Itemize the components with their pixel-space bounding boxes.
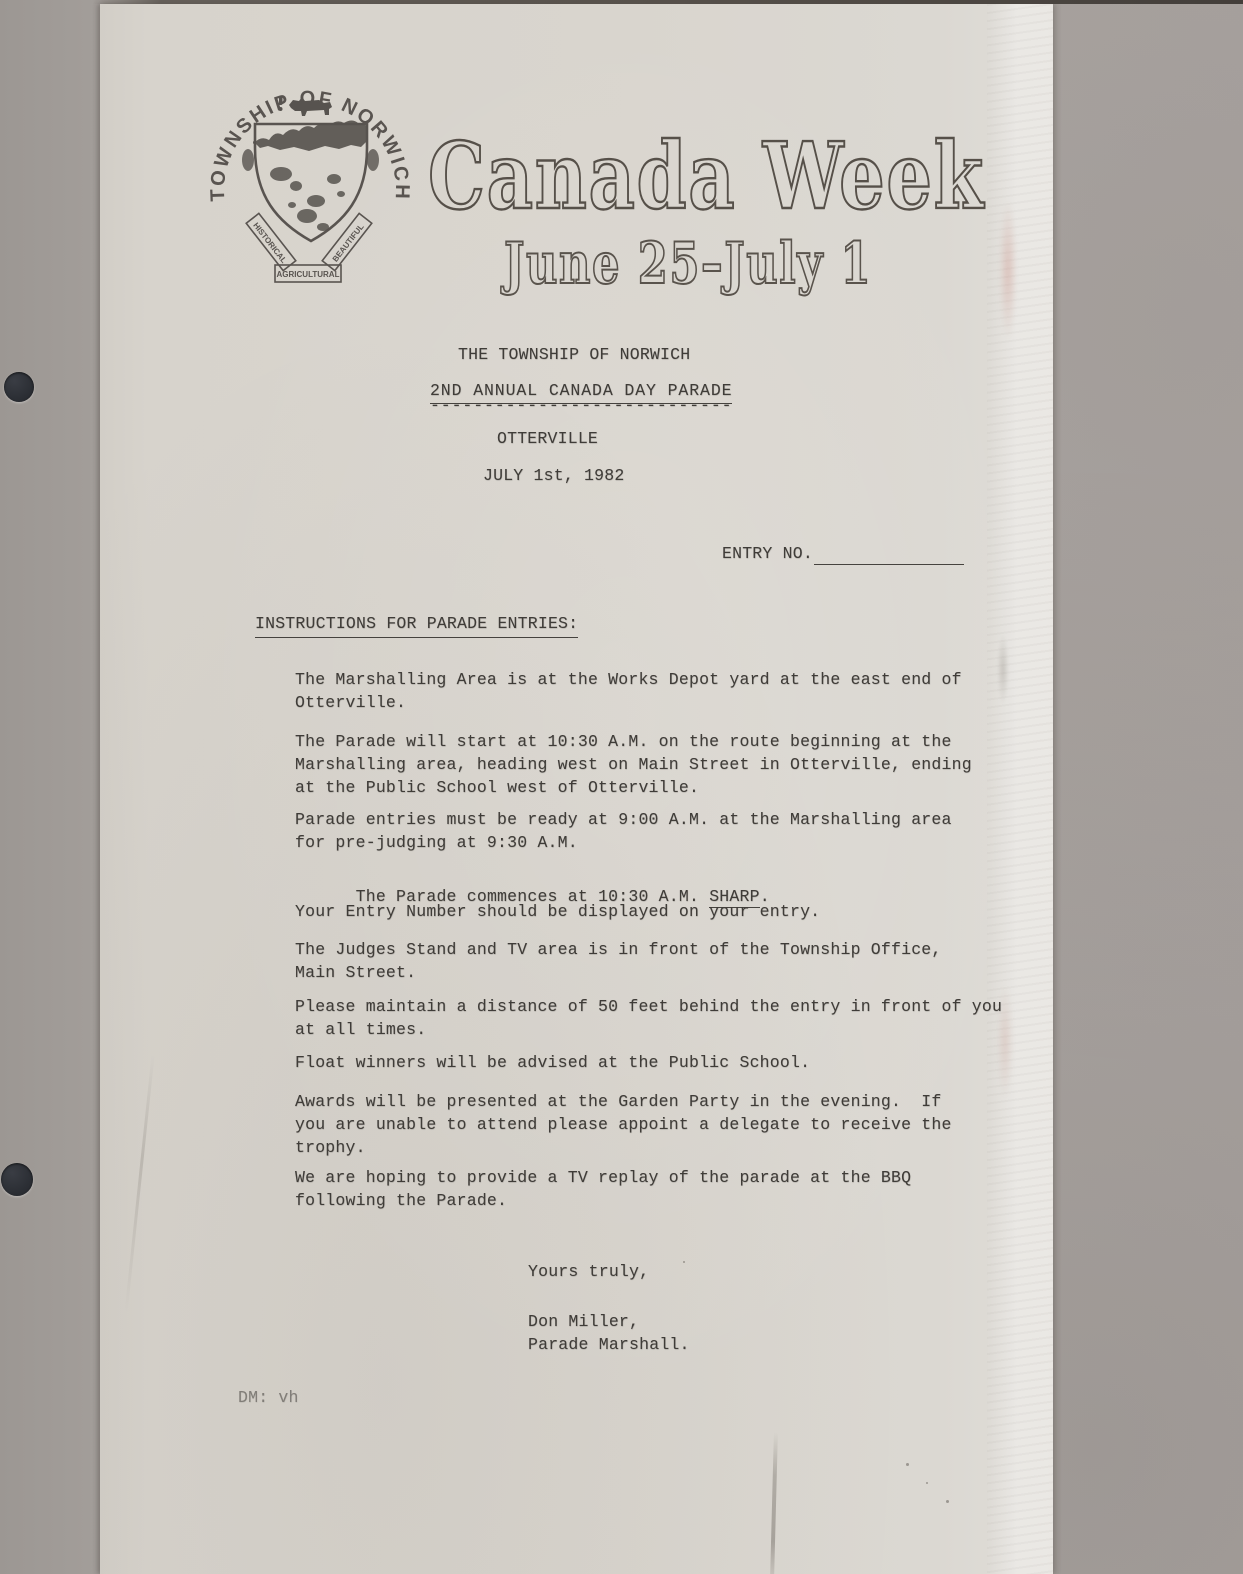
paragraph-distance-rule: Please maintain a distance of 50 feet be… xyxy=(295,995,1002,1041)
paper-speck xyxy=(683,1261,685,1263)
document-paper: TOWNSHIP OF NORWICH xyxy=(100,4,1053,1574)
paragraph-pre-judging: Parade entries must be ready at 9:00 A.M… xyxy=(295,808,952,854)
closing-salutation: Yours truly, xyxy=(528,1260,649,1283)
signer-name: Don Miller, xyxy=(528,1310,639,1333)
letterhead-location: OTTERVILLE xyxy=(497,427,598,450)
canada-week-title: Canada Week xyxy=(428,122,985,230)
letterhead-date: JULY 1st, 1982 xyxy=(483,464,624,487)
instructions-heading: INSTRUCTIONS FOR PARADE ENTRIES: xyxy=(255,612,578,638)
punch-hole-bottom xyxy=(1,1163,33,1196)
paper-speck xyxy=(926,1482,928,1484)
entry-no-label: ENTRY NO. xyxy=(722,542,813,565)
paper-crease xyxy=(770,1432,778,1574)
signer-title: Parade Marshall. xyxy=(528,1333,690,1356)
punch-hole-top xyxy=(4,372,34,402)
paragraph-judges-stand: The Judges Stand and TV area is in front… xyxy=(295,938,942,984)
paper-speck xyxy=(906,1463,909,1466)
letterhead-event-dashed-underline: ---------------------------- xyxy=(430,394,732,417)
paragraph-tv-replay: We are hoping to provide a TV replay of … xyxy=(295,1166,911,1212)
paragraph-marshalling-area: The Marshalling Area is at the Works Dep… xyxy=(295,668,962,714)
paper-speck xyxy=(946,1500,949,1503)
paragraph-float-winners: Float winners will be advised at the Pub… xyxy=(295,1051,810,1074)
typist-reference: DM: vh xyxy=(238,1386,299,1409)
township-of-norwich-crest-logo: TOWNSHIP OF NORWICH xyxy=(195,62,425,297)
paragraph-awards-garden-party: Awards will be presented at the Garden P… xyxy=(295,1090,952,1159)
photo-top-edge xyxy=(92,0,1243,4)
paragraph-entry-number-display: Your Entry Number should be displayed on… xyxy=(295,900,820,923)
entry-no-blank-line xyxy=(814,547,964,565)
event-dates-subtitle: June 25–July 1 xyxy=(504,230,872,297)
paragraph-parade-route: The Parade will start at 10:30 A.M. on t… xyxy=(295,730,972,799)
crest-ribbon-center-text: AGRICULTURAL xyxy=(277,270,340,279)
paper-curled-edge xyxy=(987,4,1053,1574)
shield-landscape-etching xyxy=(270,167,345,231)
letterhead-organization: THE TOWNSHIP OF NORWICH xyxy=(458,343,690,366)
paper-crease xyxy=(124,1055,154,1314)
album-page-background: TOWNSHIP OF NORWICH xyxy=(0,0,1243,1574)
